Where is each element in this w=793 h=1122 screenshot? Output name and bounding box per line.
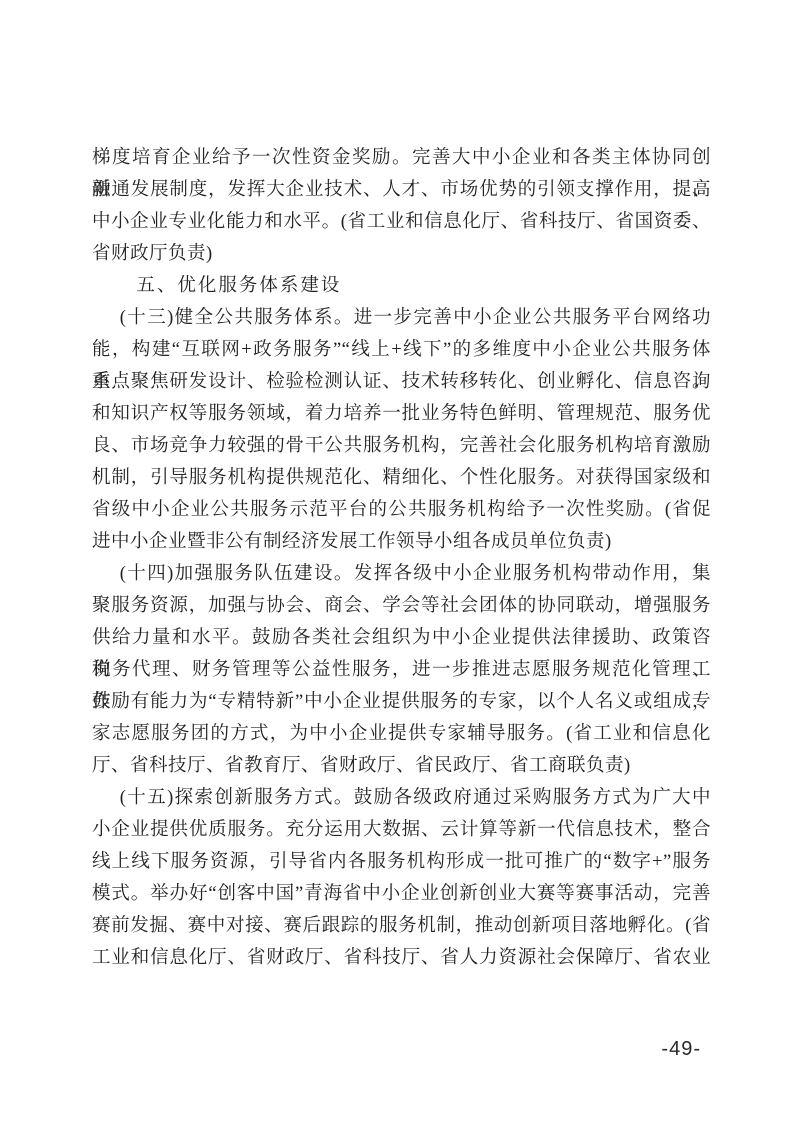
- text-line: 省级中小企业公共服务示范平台的公共服务机构给予一次性奖励。(省促: [92, 494, 711, 526]
- text-line: 线上线下服务资源，引导省内各服务机构形成一批可推广的“数字+”服务: [92, 846, 711, 878]
- text-line: 工业和信息化厅、省财政厅、省科技厅、省人力资源社会保障厅、省农业: [92, 942, 711, 974]
- text-line: 梯度培育企业给予一次性资金奖励。完善大中小企业和各类主体协同创新、: [92, 142, 711, 174]
- text-line: 中小企业专业化能力和水平。(省工业和信息化厅、省科技厅、省国资委、: [92, 206, 711, 238]
- text-line: 赛前发掘、赛中对接、赛后跟踪的服务机制，推动创新项目落地孵化。(省: [92, 910, 711, 942]
- text-line: 聚服务资源，加强与协会、商会、学会等社会团体的协同联动，增强服务: [92, 590, 711, 622]
- text-line: 供给力量和水平。鼓励各类社会组织为中小企业提供法律援助、政策咨询、: [92, 622, 711, 654]
- text-line: 鼓励有能力为“专精特新”中小企业提供服务的专家，以个人名义或组成专: [92, 686, 711, 718]
- document-body: 梯度培育企业给予一次性资金奖励。完善大中小企业和各类主体协同创新、融通发展制度，…: [92, 142, 711, 974]
- text-line: (十五)探索创新服务方式。鼓励各级政府通过采购服务方式为广大中: [92, 782, 711, 814]
- page-number: -49-: [661, 1036, 701, 1062]
- text-line: 能，构建“互联网+政务服务”“线上+线下”的多维度中小企业公共服务体系。: [92, 334, 711, 366]
- section-heading: 五、优化服务体系建设: [92, 270, 711, 302]
- text-line: 厅、省科技厅、省教育厅、省财政厅、省民政厅、省工商联负责): [92, 750, 711, 782]
- text-line: (十三)健全公共服务体系。进一步完善中小企业公共服务平台网络功: [92, 302, 711, 334]
- text-line: 融通发展制度，发挥大企业技术、人才、市场优势的引领支撑作用，提高: [92, 174, 711, 206]
- text-line: 小企业提供优质服务。充分运用大数据、云计算等新一代信息技术，整合: [92, 814, 711, 846]
- text-line: 和知识产权等服务领域，着力培养一批业务特色鲜明、管理规范、服务优: [92, 398, 711, 430]
- text-line: 省财政厅负责): [92, 238, 711, 270]
- text-line: 进中小企业暨非公有制经济发展工作领导小组各成员单位负责): [92, 526, 711, 558]
- text-line: 机制，引导服务机构提供规范化、精细化、个性化服务。对获得国家级和: [92, 462, 711, 494]
- text-line: 良、市场竞争力较强的骨干公共服务机构，完善社会化服务机构培育激励: [92, 430, 711, 462]
- text-line: 家志愿服务团的方式，为中小企业提供专家辅导服务。(省工业和信息化: [92, 718, 711, 750]
- text-line: 重点聚焦研发设计、检验检测认证、技术转移转化、创业孵化、信息咨询: [92, 366, 711, 398]
- text-line: 税务代理、财务管理等公益性服务，进一步推进志愿服务规范化管理工作，: [92, 654, 711, 686]
- text-line: (十四)加强服务队伍建设。发挥各级中小企业服务机构带动作用，集: [92, 558, 711, 590]
- text-line: 模式。举办好“创客中国”青海省中小企业创新创业大赛等赛事活动，完善: [92, 878, 711, 910]
- document-page: 梯度培育企业给予一次性资金奖励。完善大中小企业和各类主体协同创新、融通发展制度，…: [0, 0, 793, 1122]
